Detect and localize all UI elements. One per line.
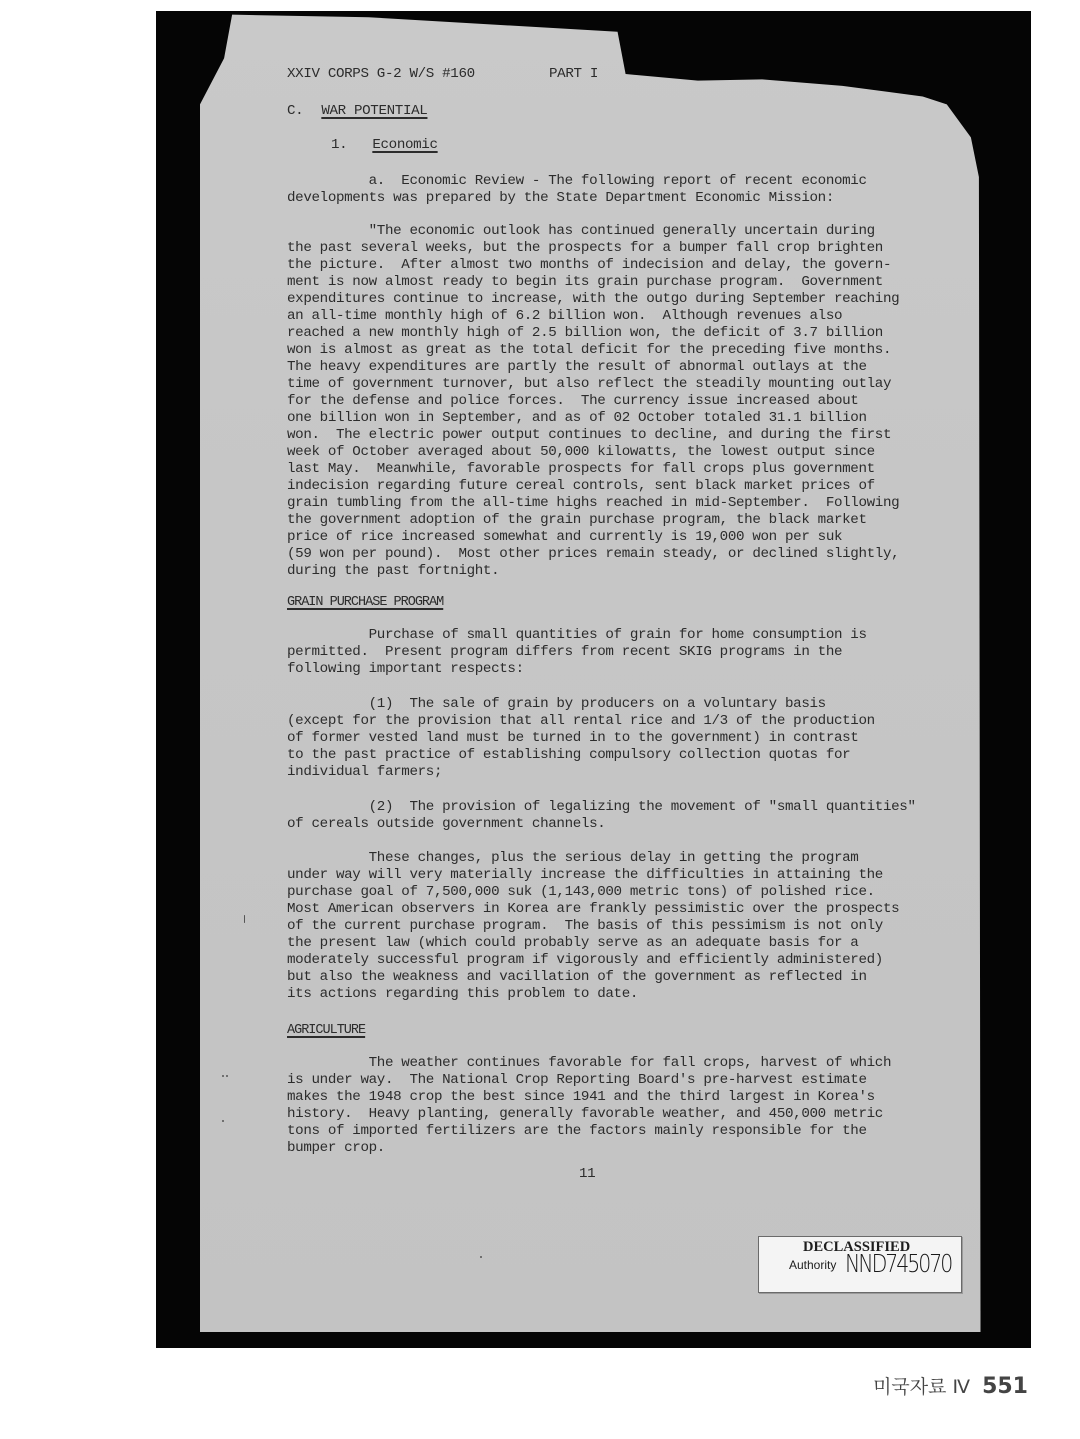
text-line: (except for the provision that all renta… bbox=[287, 713, 937, 730]
stamp-authority-label: Authority bbox=[789, 1258, 836, 1272]
text-line: Purchase of small quantities of grain fo… bbox=[287, 627, 937, 644]
text-line: for the defense and police forces. The c… bbox=[287, 393, 937, 410]
text-line: the picture. After almost two months of … bbox=[287, 257, 937, 274]
text-line: (59 won per pound). Most other prices re… bbox=[287, 546, 937, 563]
text-line: its actions regarding this problem to da… bbox=[287, 986, 937, 1003]
text-line: (1) The sale of grain by producers on a … bbox=[287, 696, 937, 713]
text-line: a. Economic Review - The following repor… bbox=[287, 173, 937, 190]
item-2-paragraph: (2) The provision of legalizing the move… bbox=[287, 799, 937, 833]
text-line: history. Heavy planting, generally favor… bbox=[287, 1106, 937, 1123]
text-line: grain tumbling from the all-time highs r… bbox=[287, 495, 937, 512]
text-line: is under way. The National Crop Reportin… bbox=[287, 1072, 937, 1089]
text-line: reached a new monthly high of 2.5 billio… bbox=[287, 325, 937, 342]
text-line: the past several weeks, but the prospect… bbox=[287, 240, 937, 257]
paper-mark bbox=[222, 1075, 224, 1077]
text-line: of cereals outside government channels. bbox=[287, 816, 937, 833]
agriculture-paragraph: The weather continues favorable for fall… bbox=[287, 1055, 937, 1157]
text-line: bumper crop. bbox=[287, 1140, 937, 1157]
text-line: permitted. Present program differs from … bbox=[287, 644, 937, 661]
text-line: (2) The provision of legalizing the move… bbox=[287, 799, 937, 816]
book-title: 미국자료 Ⅳ bbox=[873, 1372, 970, 1399]
subsection-number: 1. bbox=[331, 137, 347, 153]
text-line: moderately successful program if vigorou… bbox=[287, 952, 937, 969]
text-line: price of rice increased somewhat and cur… bbox=[287, 529, 937, 546]
text-line: The weather continues favorable for fall… bbox=[287, 1055, 937, 1072]
document-page-number: 11 bbox=[579, 1166, 595, 1183]
paper-mark bbox=[244, 915, 245, 923]
item-1-paragraph: (1) The sale of grain by producers on a … bbox=[287, 696, 937, 781]
changes-paragraph: These changes, plus the serious delay in… bbox=[287, 850, 937, 1003]
paper-mark bbox=[480, 1256, 482, 1258]
text-line: the present law (which could probably se… bbox=[287, 935, 937, 952]
section-letter: C. bbox=[287, 103, 303, 119]
subsection-heading: 1.Economic bbox=[331, 137, 438, 154]
text-line: won. The electric power output continues… bbox=[287, 427, 937, 444]
text-line: last May. Meanwhile, favorable prospects… bbox=[287, 461, 937, 478]
text-line: developments was prepared by the State D… bbox=[287, 190, 937, 207]
book-footer: 미국자료 Ⅳ 551 bbox=[873, 1372, 1028, 1399]
text-line: ment is now almost ready to begin its gr… bbox=[287, 274, 937, 291]
declassified-stamp: DECLASSIFIED Authority NND745070 bbox=[758, 1236, 962, 1293]
text-line: week of October averaged about 50,000 ki… bbox=[287, 444, 937, 461]
text-line: won is almost as great as the total defi… bbox=[287, 342, 937, 359]
text-line: individual farmers; bbox=[287, 764, 937, 781]
text-line: purchase goal of 7,500,000 suk (1,143,00… bbox=[287, 884, 937, 901]
text-line: tons of imported fertilizers are the fac… bbox=[287, 1123, 937, 1140]
text-line: one billion won in September, and as of … bbox=[287, 410, 937, 427]
grain-purchase-heading: GRAIN PURCHASE PROGRAM bbox=[287, 594, 443, 611]
text-line: expenditures continue to increase, with … bbox=[287, 291, 937, 308]
book-page-number: 551 bbox=[982, 1374, 1028, 1399]
paper-mark bbox=[226, 1075, 228, 1077]
text-line: "The economic outlook has continued gene… bbox=[287, 223, 937, 240]
document-part: PART I bbox=[549, 66, 598, 83]
text-line: during the past fortnight. bbox=[287, 563, 937, 580]
intro-paragraph: a. Economic Review - The following repor… bbox=[287, 173, 937, 207]
text-line: Most American observers in Korea are fra… bbox=[287, 901, 937, 918]
text-line: but also the weakness and vacillation of… bbox=[287, 969, 937, 986]
text-line: of the current purchase program. The bas… bbox=[287, 918, 937, 935]
text-line: an all-time monthly high of 6.2 billion … bbox=[287, 308, 937, 325]
text-line: under way will very materially increase … bbox=[287, 867, 937, 884]
text-line: indecision regarding future cereal contr… bbox=[287, 478, 937, 495]
paper-mark bbox=[222, 1120, 224, 1122]
text-line: of former vested land must be turned in … bbox=[287, 730, 937, 747]
quote-paragraph: "The economic outlook has continued gene… bbox=[287, 223, 937, 580]
grain-intro-paragraph: Purchase of small quantities of grain fo… bbox=[287, 627, 937, 678]
text-line: The heavy expenditures are partly the re… bbox=[287, 359, 937, 376]
section-title: WAR POTENTIAL bbox=[321, 103, 427, 119]
text-line: These changes, plus the serious delay in… bbox=[287, 850, 937, 867]
agriculture-heading: AGRICULTURE bbox=[287, 1022, 365, 1039]
stamp-authority-value: NND745070 bbox=[845, 1249, 951, 1278]
text-line: time of government turnover, but also re… bbox=[287, 376, 937, 393]
text-line: the government adoption of the grain pur… bbox=[287, 512, 937, 529]
text-line: following important respects: bbox=[287, 661, 937, 678]
document-reference: XXIV CORPS G-2 W/S #160 bbox=[287, 66, 475, 83]
text-line: makes the 1948 crop the best since 1941 … bbox=[287, 1089, 937, 1106]
subsection-title: Economic bbox=[372, 137, 437, 153]
section-heading: C.WAR POTENTIAL bbox=[287, 103, 427, 120]
text-line: to the past practice of establishing com… bbox=[287, 747, 937, 764]
